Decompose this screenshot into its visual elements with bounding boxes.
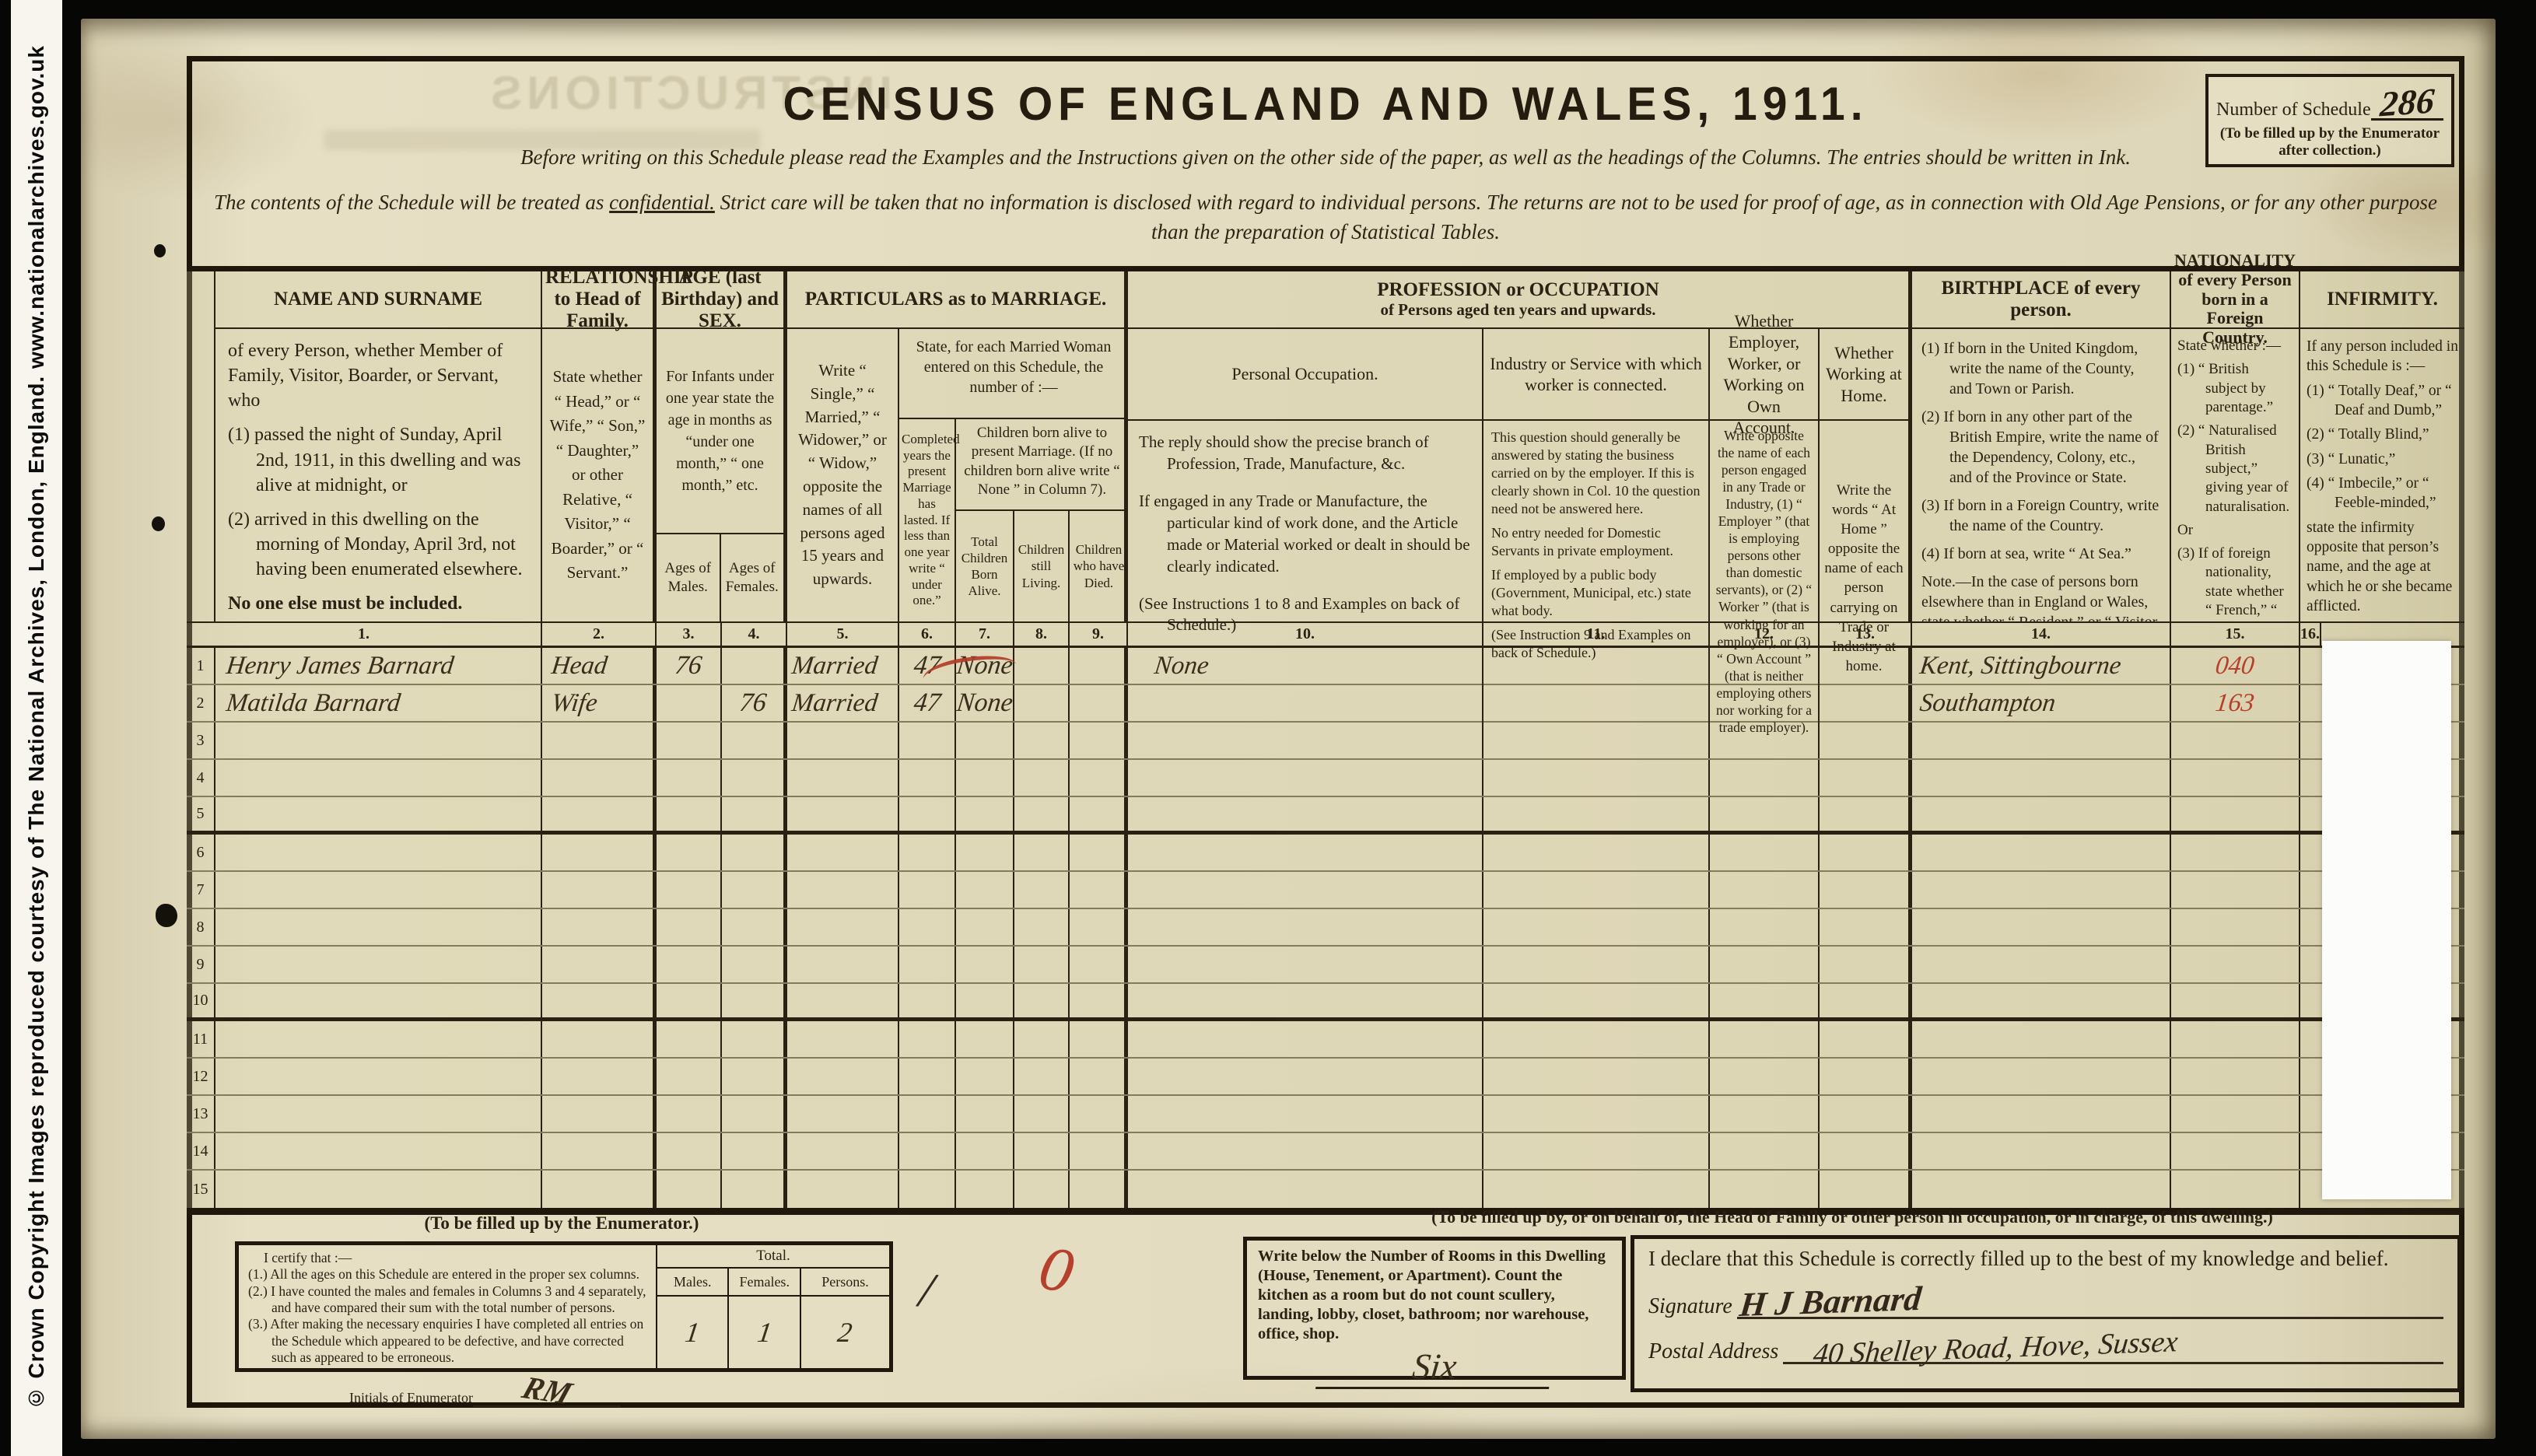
cell-name [215,1171,542,1208]
cell-marr: Married [787,685,899,721]
age-infants-note: For Infants under one year state the age… [657,329,783,534]
table-row: 6 [187,835,2464,872]
cell-ind [1483,872,1710,908]
table-row: 10 [187,984,2464,1021]
row-number: 10 [187,984,215,1017]
cell-died [1070,872,1128,908]
cell-nat [2171,1171,2300,1208]
cell-age_m [657,872,722,908]
cell-living [1014,685,1070,721]
cell-living [1014,947,1070,982]
copyright-text: © Crown Copyright Images reproduced cour… [24,45,49,1410]
row-number: 8 [187,909,215,945]
signature-label: Signature [1648,1294,1732,1319]
table-row: 15 [187,1171,2464,1208]
column-instructions: (1) If born in the United Kingdom, write… [1921,338,2160,399]
column-number: 10. [1128,623,1483,646]
children-living-header: Children still Living. [1014,511,1070,621]
cell-rel [542,1171,657,1208]
totals-males-value: 1 [683,1316,702,1349]
page-title: CENSUS OF ENGLAND AND WALES, 1911. [192,77,2459,131]
cell-home [1820,947,1912,982]
totals-females-label: Females. [729,1269,800,1295]
head-of-family-caption: (To be filled up by, or on behalf of, th… [1243,1207,2461,1227]
census-form: INSTRUCTIONS CENSUS OF ENGLAND AND WALES… [187,56,2464,1408]
column-number: 14. [1912,623,2171,646]
cell-years [899,872,956,908]
column-group-marriage: PARTICULARS as to MARRIAGE. Write “ Sing… [787,271,1128,621]
cell-nat [2171,835,2300,870]
cell-born [956,1059,1014,1094]
cell-living [1014,1171,1070,1208]
cell-marr [787,1096,899,1132]
column-number: 6. [899,623,956,646]
row-number: 6 [187,835,215,870]
cell-birth [1912,872,2171,908]
cell-emp [1710,909,1820,945]
cell-living [1014,648,1070,684]
column-number: 5. [787,623,899,646]
cell-nat [2171,909,2300,945]
ages-of-males-header: Ages of Males. [657,534,721,621]
cell-rel [542,1059,657,1094]
table-body: 1Henry James BarnardHead76Married47NoneN… [187,648,2464,1215]
column-infirmity: INFIRMITY. If any person included in thi… [2300,271,2464,621]
cell-occ: None [1128,648,1483,684]
cell-age_m [657,685,722,721]
column-birthplace: BIRTHPLACE of every person. (1) If born … [1912,271,2171,621]
cell-occ [1128,947,1483,982]
cell-name [215,1021,542,1057]
cell-age_m [657,984,722,1017]
column-instructions: (3) If of foreign nationality, state whe… [2177,544,2293,621]
cell-emp [1710,648,1820,684]
cell-ind [1483,984,1710,1017]
column-instructions: (4) If born at sea, write “ At Sea.” [1921,544,2160,564]
cell-home [1820,835,1912,870]
cell-occ [1128,1059,1483,1094]
cell-rel [542,984,657,1017]
table-row: 11 [187,1021,2464,1059]
column-instructions: (1) passed the night of Sunday, April 2n… [228,422,528,497]
cell-died [1070,1021,1128,1057]
cell-age_f [722,1021,787,1057]
cell-years [899,947,956,982]
row-number: 13 [187,1096,215,1132]
marriage-status-instructions: Write “ Single,” “ Married,” “ Widower,”… [787,329,899,621]
cell-years [899,1133,956,1169]
row-number: 5 [187,797,215,831]
cell-age_m [657,797,722,831]
cell-occ [1128,723,1483,758]
row-number: 15 [187,1171,215,1208]
cell-home [1820,984,1912,1017]
column-number-strip: 1.2.3.4.5.6.7.8.9.10.11.12.13.14.15.16. [187,621,2464,648]
cell-age_m [657,723,722,758]
column-group-age-sex: AGE (last Birthday) and SEX. For Infants… [657,271,787,621]
cell-ind [1483,1096,1710,1132]
column-instructions: Note.—In the case of persons born elsewh… [1921,572,2160,621]
table-header: NAME AND SURNAME of every Person, whethe… [187,271,2464,621]
cell-birth [1912,909,2171,945]
cell-name [215,947,542,982]
cell-emp [1710,760,1820,796]
cell-born [956,984,1014,1017]
postal-address-value: 40 Shelley Road, Hove, Sussex [1781,1325,2180,1373]
cell-years [899,1171,956,1208]
cell-living [1014,723,1070,758]
cell-years [899,1021,956,1057]
certify-intro: I certify that :— [248,1250,648,1266]
column-relationship: RELATIONSHIP to Head of Family. State wh… [542,271,657,621]
cell-living [1014,835,1070,870]
column-instructions: (4) “ Imbecile,” or “ Feeble-minded,” [2307,474,2458,513]
enumerator-caption: (To be filled up by the Enumerator.) [250,1213,873,1234]
cell-emp [1710,835,1820,870]
cell-rel [542,760,657,796]
cell-name [215,909,542,945]
table-row: 5 [187,797,2464,835]
column-title: NAME AND SURNAME [215,271,541,329]
children-died-header: Children who have Died. [1070,511,1128,621]
column-instructions: state the infirmity opposite that person… [2307,518,2458,617]
cell-rel [542,947,657,982]
cell-name [215,1059,542,1094]
cell-rel [542,1096,657,1132]
cell-ind [1483,1021,1710,1057]
cell-died [1070,835,1128,870]
cell-name [215,872,542,908]
column-instructions: Or [2177,521,2293,540]
column-nationality: NATIONALITY of every Person born in a Fo… [2171,271,2300,621]
cell-home [1820,797,1912,831]
cell-marr [787,872,899,908]
cell-birth [1912,947,2171,982]
cell-living [1014,760,1070,796]
column-number: 7. [956,623,1014,646]
cell-home [1820,723,1912,758]
rooms-count-value: Six [1315,1346,1553,1389]
column-instructions: If engaged in any Trade or Manufacture, … [1139,491,1471,578]
cell-emp [1710,1171,1820,1208]
cell-marr [787,1021,899,1057]
cell-rel [542,1133,657,1169]
intro-line-3: than the preparation of Statistical Tabl… [192,220,2459,244]
cell-birth [1912,797,2171,831]
hole-punch [154,244,166,257]
cell-emp [1710,1021,1820,1057]
cell-nat [2171,1096,2300,1132]
column-name-surname: NAME AND SURNAME of every Person, whethe… [215,271,542,621]
column-instructions: (2) “ Totally Blind,” [2307,425,2458,444]
column-number: 11. [1483,623,1710,646]
column-number: 16. [2300,623,2321,646]
cell-birth [1912,1096,2171,1132]
cell-ind [1483,760,1710,796]
redaction-overlay [2322,641,2451,1199]
years-married-header: Completed years the present Marriage has… [899,419,956,621]
column-instructions: No one else must be included. [228,591,528,616]
cell-nat [2171,1021,2300,1057]
rooms-instructions: Write below the Number of Rooms in this … [1258,1247,1611,1344]
column-instructions: (2) arrived in this dwelling on the morn… [228,507,528,582]
column-number: 3. [657,623,722,646]
cell-born [956,1171,1014,1208]
cell-nat [2171,1133,2300,1169]
cell-born [956,1096,1014,1132]
census-scan-page: { "page": { "copyright": "© Crown Copyri… [0,0,2536,1456]
cell-age_f [722,947,787,982]
column-instructions: The reply should show the precise branch… [1139,432,1471,475]
postal-address-label: Postal Address [1648,1339,1778,1364]
copyright-strip: © Crown Copyright Images reproduced cour… [11,0,62,1456]
column-instructions: This question should generally be answer… [1491,429,1701,518]
cell-name [215,1096,542,1132]
cell-living [1014,909,1070,945]
column-title: BIRTHPLACE of every person. [1912,271,2170,329]
cell-ind [1483,648,1710,684]
cell-emp [1710,984,1820,1017]
cell-marr [787,1133,899,1169]
initials-label: Initials of Enumerator [349,1390,473,1407]
cell-rel [542,723,657,758]
cell-born [956,1133,1014,1169]
cell-age_f [722,835,787,870]
cell-home [1820,1096,1912,1132]
cell-age_f [722,872,787,908]
cell-age_f: 76 [722,685,787,721]
table-row: 9 [187,947,2464,984]
cell-name [215,797,542,831]
cell-born: None [956,648,1014,684]
column-instructions: (3) “ Lunatic,” [2307,450,2458,469]
cell-marr [787,909,899,945]
column-number: 1. [187,623,542,646]
cell-rel [542,1021,657,1057]
totals-males-label: Males. [657,1269,729,1295]
cell-years [899,1096,956,1132]
cell-marr [787,947,899,982]
column-group-profession: PROFESSION or OCCUPATION of Persons aged… [1128,271,1912,621]
cell-birth: Kent, Sittingbourne [1912,648,2171,684]
row-number: 3 [187,723,215,758]
cell-ind [1483,723,1710,758]
enumerator-box: I certify that :— (1.) All the ages on t… [235,1241,893,1372]
cell-nat [2171,1059,2300,1094]
cell-name [215,760,542,796]
table-row: 2Matilda BarnardWife76Married47NoneSouth… [187,685,2464,723]
cell-occ [1128,685,1483,721]
cell-occ [1128,797,1483,831]
cell-living [1014,797,1070,831]
totals-persons-label: Persons. [801,1269,889,1295]
cell-occ [1128,1096,1483,1132]
cell-nat: 040 [2171,648,2300,684]
row-number-column-header [187,271,215,621]
cell-emp [1710,685,1820,721]
cell-age_f [722,1059,787,1094]
row-number: 9 [187,947,215,982]
row-number: 1 [187,648,215,684]
cell-died [1070,909,1128,945]
cell-age_f [722,1096,787,1132]
row-number: 12 [187,1059,215,1094]
cell-nat [2171,797,2300,831]
column-subtitle: Personal Occupation. [1128,329,1482,421]
cell-age_m [657,1171,722,1208]
signature-value: H J Barnard [1735,1279,1924,1325]
cell-birth [1912,1059,2171,1094]
column-number: 8. [1014,623,1070,646]
cell-born [956,1021,1014,1057]
cell-living [1014,984,1070,1017]
cell-marr [787,1171,899,1208]
cell-born: None [956,685,1014,721]
totals-table: Total. Males. Females. Persons. 1 1 2 [656,1245,889,1368]
cell-emp [1710,872,1820,908]
cell-emp [1710,1096,1820,1132]
ages-of-females-header: Ages of Females. [721,534,784,621]
ink-blot [156,904,177,927]
column-number: 15. [2171,623,2300,646]
cell-ind [1483,797,1710,831]
column-instructions: (3) If born in a Foreign Country, write … [1921,495,2160,536]
cell-home [1820,760,1912,796]
cell-born [956,835,1014,870]
cell-birth [1912,835,2171,870]
cell-years: 47 [899,685,956,721]
cell-occ [1128,984,1483,1017]
cell-occ [1128,835,1483,870]
cell-ind [1483,1133,1710,1169]
cell-died [1070,947,1128,982]
cell-home [1820,685,1912,721]
cell-died [1070,648,1128,684]
column-title: AGE (last Birthday) and SEX. [657,271,783,329]
intro-line-2: The contents of the Schedule will be tre… [205,191,2447,215]
certify-item: (3.) After making the necessary enquirie… [248,1316,648,1366]
children-born-header: Children born alive to present Marriage.… [956,419,1128,511]
schedule-number-value: 286 [2379,80,2436,125]
cell-living [1014,1133,1070,1169]
cell-ind [1483,909,1710,945]
column-instructions: (1) “ Totally Deaf,” or “ Deaf and Dumb,… [2307,381,2458,421]
cell-died [1070,1133,1128,1169]
cell-birth: Southampton [1912,685,2171,721]
cell-living [1014,872,1070,908]
cell-living [1014,1059,1070,1094]
cell-marr: Married [787,648,899,684]
schedule-note-line1: (To be filled up by the Enumerator [2220,125,2440,142]
column-number: 13. [1820,623,1912,646]
cell-ind [1483,1059,1710,1094]
row-number: 4 [187,760,215,796]
column-instructions: If employed by a public body (Government… [1491,566,1701,620]
cell-marr [787,723,899,758]
totals-females-value: 1 [755,1316,774,1349]
hole-punch [152,516,165,531]
column-instructions: (1) “ British subject by parentage.” [2177,360,2293,417]
cell-years [899,797,956,831]
cell-emp [1710,947,1820,982]
cell-age_m: 76 [657,648,722,684]
cell-years [899,1059,956,1094]
table-row: 8 [187,909,2464,947]
cell-nat [2171,760,2300,796]
cell-nat [2171,984,2300,1017]
cell-rel [542,909,657,945]
cell-age_f [722,723,787,758]
cell-died [1070,1171,1128,1208]
cell-age_m [657,1096,722,1132]
cell-birth [1912,1021,2171,1057]
column-instructions: of every Person, whether Member of Famil… [228,338,528,413]
cell-age_m [657,1059,722,1094]
confidential-emphasis: confidential. [609,191,715,214]
cell-marr [787,760,899,796]
cell-name [215,835,542,870]
cell-emp [1710,1059,1820,1094]
cell-emp [1710,797,1820,831]
table-row: 13 [187,1096,2464,1133]
cell-rel: Head [542,648,657,684]
cell-name [215,723,542,758]
table-row: 1Henry James BarnardHead76Married47NoneN… [187,648,2464,685]
certify-item: (1.) All the ages on this Schedule are e… [248,1266,648,1283]
cell-born [956,797,1014,831]
cell-died [1070,685,1128,721]
cell-age_f [722,760,787,796]
cell-nat [2171,947,2300,982]
table-row: 14 [187,1133,2464,1171]
cell-died [1070,723,1128,758]
cell-born [956,947,1014,982]
cell-occ [1128,1021,1483,1057]
cell-age_m [657,835,722,870]
cell-occ [1128,760,1483,796]
cell-home [1820,872,1912,908]
row-number: 2 [187,685,215,721]
cell-home [1820,1171,1912,1208]
cell-ind [1483,685,1710,721]
cell-occ [1128,1171,1483,1208]
married-woman-header: State, for each Married Woman entered on… [899,329,1128,419]
column-instructions: No entry needed for Domestic Servants in… [1491,524,1701,560]
column-title: RELATIONSHIP to Head of Family. [542,271,653,329]
column-title: PARTICULARS as to MARRIAGE. [787,271,1124,329]
cell-birth [1912,1171,2171,1208]
declaration-text: I declare that this Schedule is correctl… [1648,1247,2443,1271]
cell-age_f [722,1171,787,1208]
column-number: 12. [1710,623,1820,646]
cell-years [899,909,956,945]
cell-nat [2171,872,2300,908]
column-instructions: (2) If born in any other part of the Bri… [1921,407,2160,488]
column-instructions: (2) “ Naturalised British subject,” givi… [2177,422,2293,516]
cell-ind [1483,835,1710,870]
cell-born [956,909,1014,945]
cell-years [899,723,956,758]
row-number: 14 [187,1133,215,1169]
cell-home [1820,648,1912,684]
cell-age_m [657,1021,722,1057]
cell-age_f [722,648,787,684]
cell-born [956,872,1014,908]
cell-rel [542,835,657,870]
cell-occ [1128,1133,1483,1169]
cell-age_f [722,984,787,1017]
cell-died [1070,984,1128,1017]
